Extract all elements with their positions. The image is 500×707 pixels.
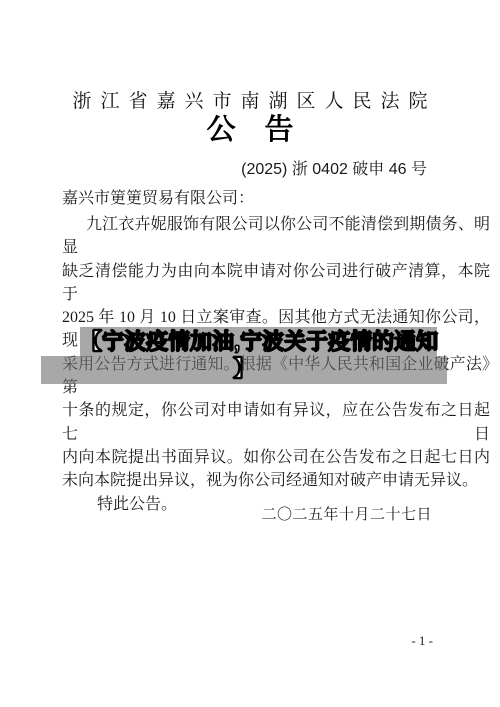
body-line-6: 内向本院提出书面异议。如你公司在公告发布之日起七日内	[62, 446, 490, 469]
doc-date: 二〇二五年十月二十七日	[261, 503, 432, 524]
body-line-1: 九江衣卉妮服饰有限公司以你公司不能清偿到期债务、明显	[62, 213, 490, 260]
case-number: (2025) 浙 0402 破申 46 号	[241, 156, 427, 179]
watermark-band-top: 【宁波疫情加油,宁波关于疫情的通知	[80, 327, 437, 356]
watermark-text-line2: 】	[41, 356, 447, 382]
page-number: - 1 -	[411, 633, 433, 649]
addressee-company: 嘉兴市筻筻贸易有限公司：	[62, 185, 254, 208]
announcement-page: 浙江省嘉兴市南湖区人民法院 公告 (2025) 浙 0402 破申 46 号 嘉…	[0, 0, 500, 707]
watermark-text-line1: 【宁波疫情加油,宁波关于疫情的通知	[80, 327, 437, 356]
watermark-overlay: 【宁波疫情加油,宁波关于疫情的通知 】	[41, 327, 447, 384]
body-line-2: 缺乏清偿能力为由向本院申请对你公司进行破产清算，本院于	[62, 260, 490, 307]
doc-title: 公告	[0, 107, 500, 148]
body-line-5: 十条的规定，你公司对申请如有异议，应在公告发布之日起七日	[62, 399, 490, 446]
body-line-7: 未向本院提出异议，视为你公司经通知对破产申请无异议。	[62, 469, 490, 492]
watermark-band-bottom: 】	[41, 356, 447, 384]
